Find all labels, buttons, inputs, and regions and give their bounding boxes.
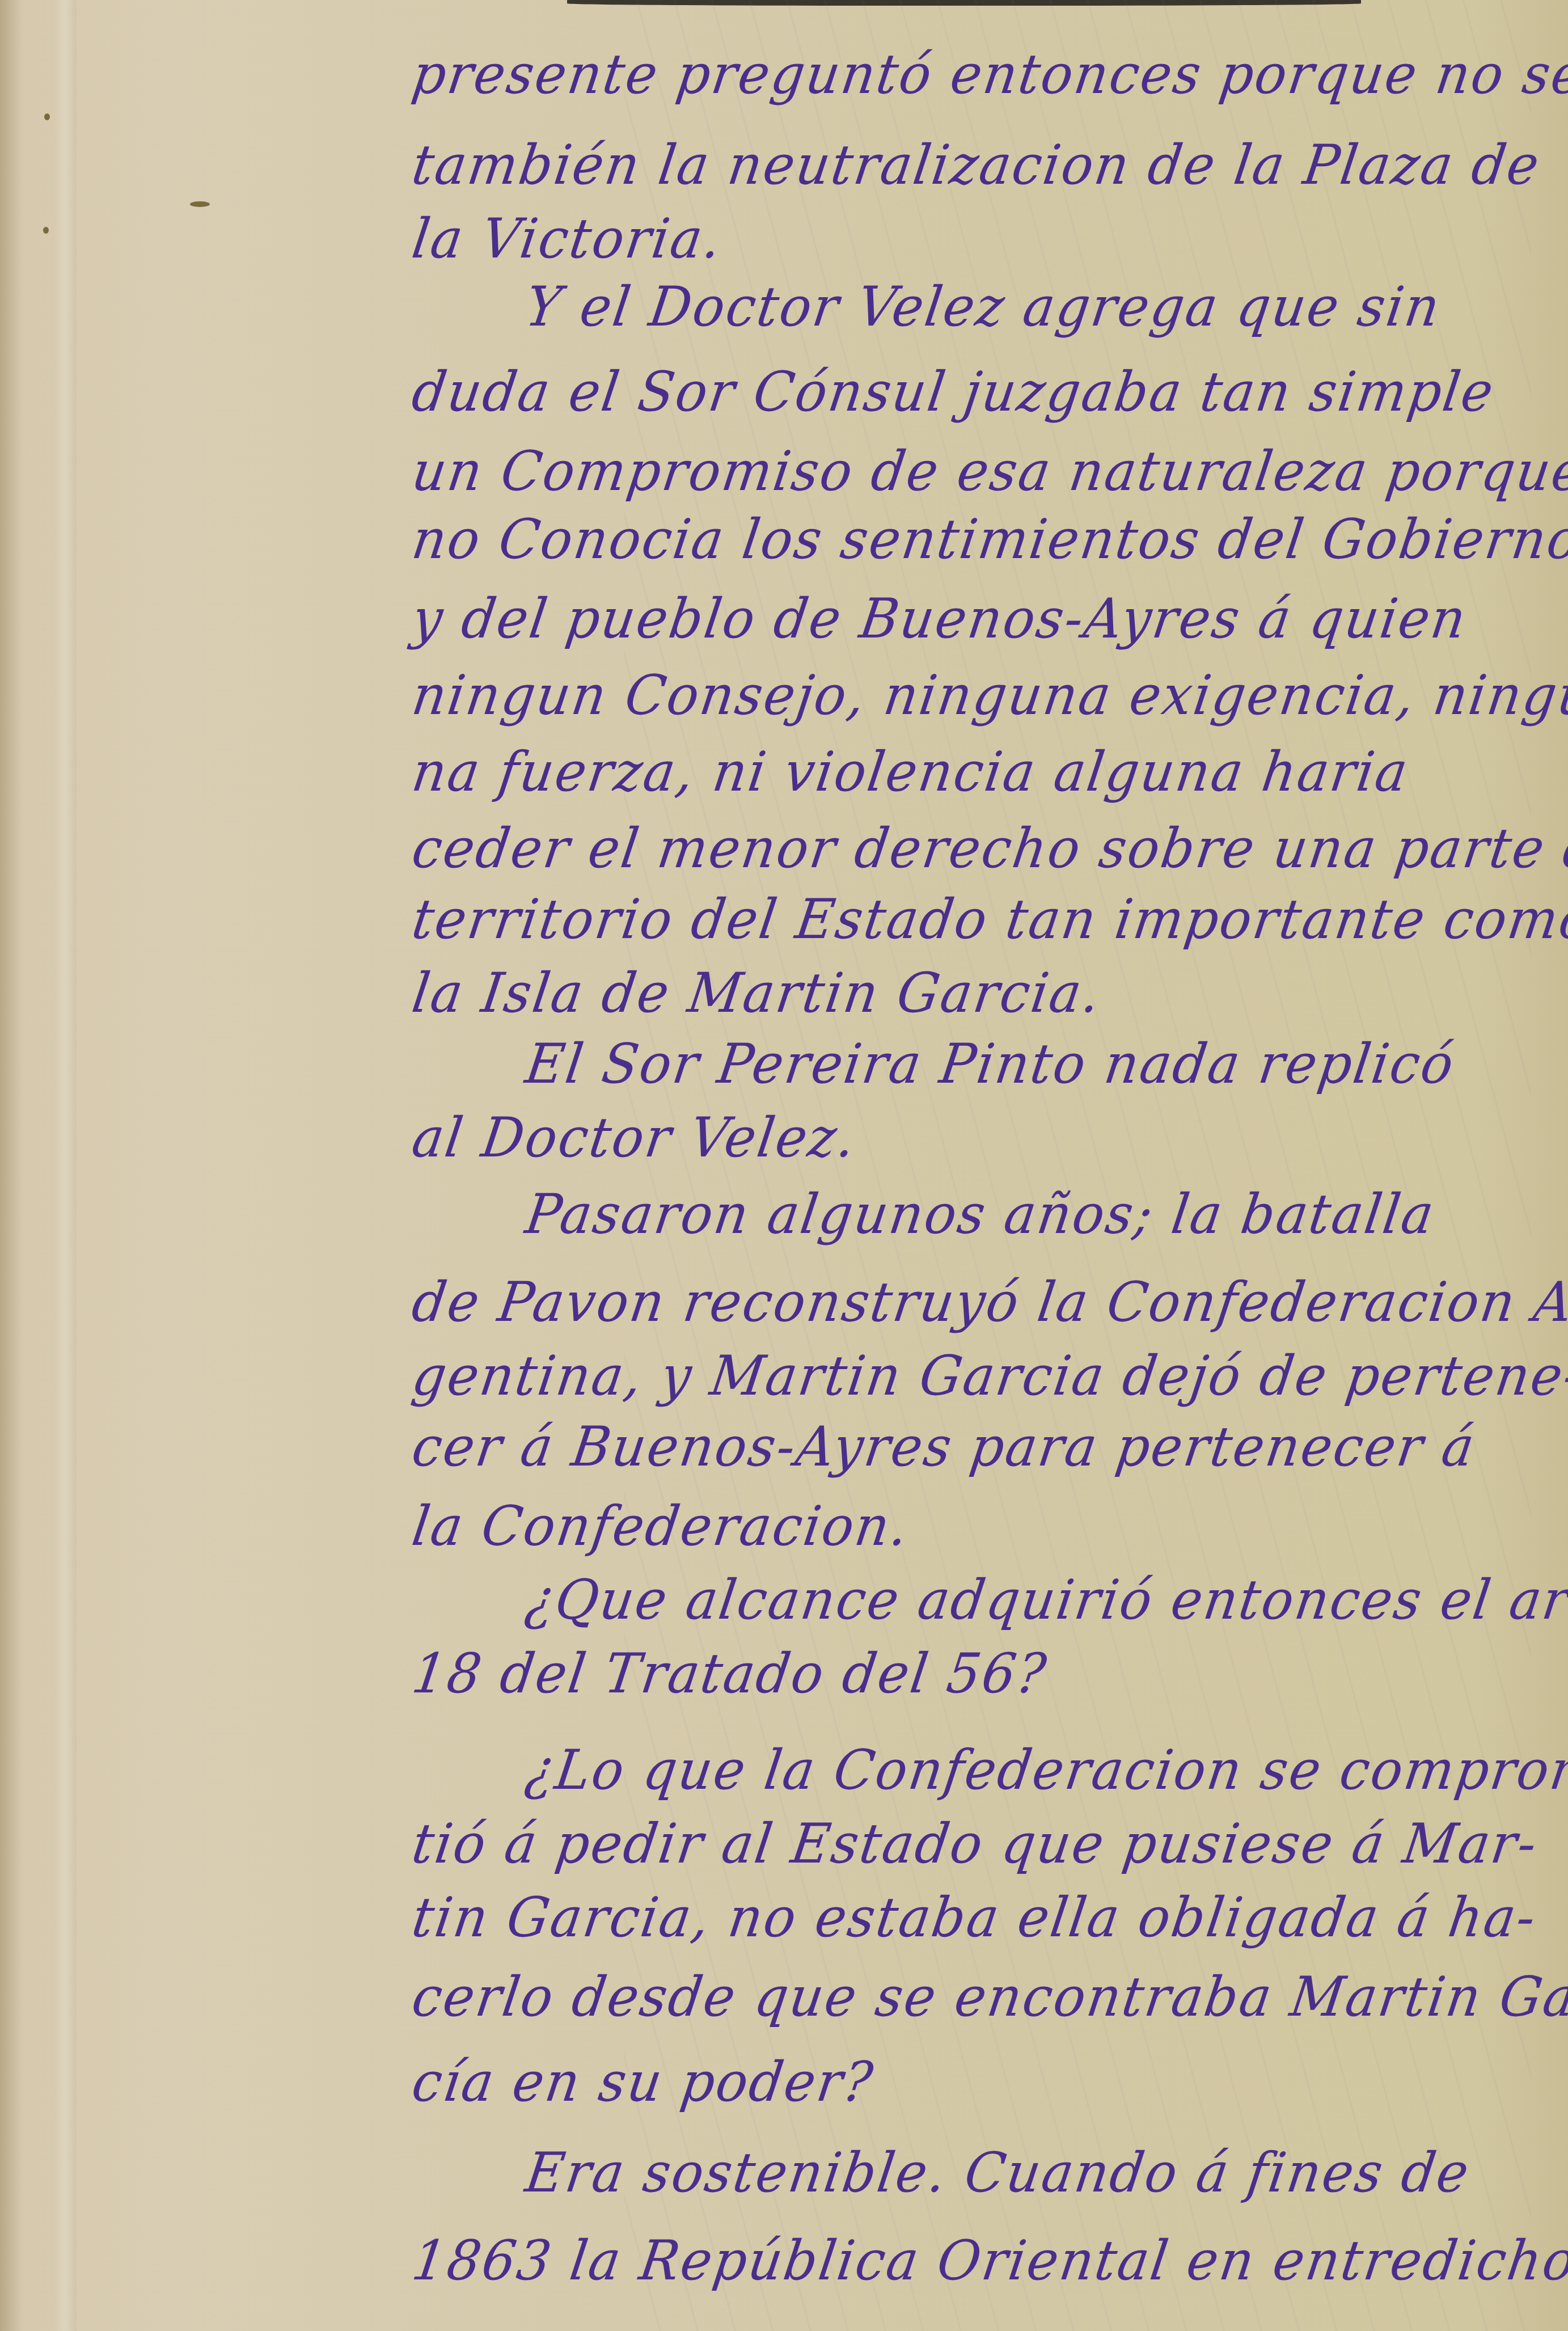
paper-fold <box>54 0 77 2331</box>
text-line-16: Pasaron algunos años; la batalla <box>522 1183 1568 1246</box>
stain-spot <box>190 201 210 207</box>
text-line-27: cía en su poder? <box>408 2050 1546 2114</box>
text-line-6: un Compromiso de esa naturaleza porque <box>408 440 1546 503</box>
text-line-14: El Sor Pereira Pinto nada replicó <box>522 1032 1568 1096</box>
text-line-10: na fuerza, ni violencia alguna haria <box>408 740 1546 804</box>
text-line-2: también la neutralizacion de la Plaza de <box>408 133 1546 197</box>
text-line-1: presente preguntó entonces porque no se … <box>408 43 1546 106</box>
text-line-9: ningun Consejo, ninguna exigencia, ningu… <box>408 664 1546 727</box>
text-line-8: y del pueblo de Buenos-Ayres á quien <box>408 587 1546 651</box>
stain-spot <box>44 113 50 120</box>
text-line-13: la Isla de Martin Garcia. <box>408 961 1546 1025</box>
text-line-29: 1863 la República Oriental en entredicho <box>408 2229 1546 2292</box>
text-line-18: gentina, y Martin Garcia dejó de pertene… <box>408 1344 1546 1408</box>
stain-spot <box>43 227 49 234</box>
text-line-19: cer á Buenos-Ayres para pertenecer á <box>408 1415 1546 1479</box>
text-line-23: ¿Lo que la Confederacion se comprome- <box>522 1738 1568 1802</box>
text-line-17: de Pavon reconstruyó la Confederacion Ar… <box>408 1270 1546 1334</box>
text-line-22: 18 del Tratado del 56? <box>408 1642 1546 1705</box>
text-line-25: tin Garcia, no estaba ella obligada á ha… <box>408 1886 1546 1949</box>
text-line-15: al Doctor Velez. <box>408 1106 1546 1169</box>
manuscript-page: presente preguntó entonces porque no se … <box>0 0 1568 2331</box>
text-line-3: la Victoria. <box>408 207 1546 271</box>
text-line-21: ¿Que alcance adquirió entonces el art <box>522 1568 1568 1632</box>
text-line-20: la Confederacion. <box>408 1494 1546 1558</box>
text-line-4: Y el Doctor Velez agrega que sin <box>522 275 1568 339</box>
top-edge-shadow <box>567 0 1361 6</box>
text-line-12: territorio del Estado tan importante com… <box>408 888 1546 951</box>
text-line-28: Era sostenible. Cuando á fines de <box>522 2141 1568 2205</box>
text-line-11: ceder el menor derecho sobre una parte d… <box>408 817 1546 880</box>
text-line-26: cerlo desde que se encontraba Martin Gar… <box>408 1965 1546 2029</box>
text-line-7: no Conocia los sentimientos del Gobierno <box>408 508 1546 571</box>
text-line-5: duda el Sor Cónsul juzgaba tan simple <box>408 360 1546 424</box>
text-line-24: tió á pedir al Estado que pusiese á Mar- <box>408 1812 1546 1876</box>
